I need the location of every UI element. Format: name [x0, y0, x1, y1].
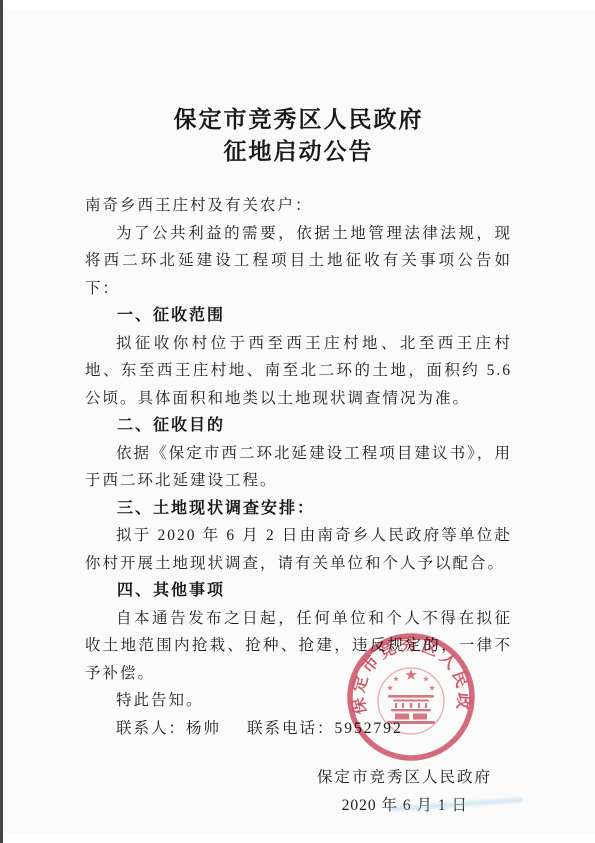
- section-heading-4: 四、其他事项: [85, 577, 512, 605]
- section-heading-2: 二、征收目的: [85, 412, 512, 440]
- contact-person-label: 联系人：: [116, 720, 186, 737]
- scan-edge-top: [3, 0, 595, 9]
- intro-paragraph: 为了公共利益的需要，依据土地管理法律法规，现将西二环北延建设工程项目土地征收有关…: [85, 220, 512, 303]
- document-title: 保定市竞秀区人民政府 征地启动公告: [85, 103, 512, 167]
- contact-phone: 5952792: [335, 720, 403, 737]
- document-body: 保定市竞秀区人民政府 征地启动公告 南奇乡西王庄村及有关农户： 为了公共利益的需…: [85, 103, 512, 819]
- section-body-4: 自本通告发布之日起，任何单位和个人不得在拟征收土地范围内抢栽、抢种、抢建，违反规…: [85, 605, 512, 688]
- scan-edge-shadow: [0, 0, 3, 843]
- contact-person: 杨帅: [186, 720, 221, 737]
- contact-phone-label: 联系电话：: [247, 720, 335, 737]
- signature-issuer: 保定市竞秀区人民政府: [85, 764, 492, 792]
- section-heading-3: 三、土地现状调查安排：: [85, 495, 512, 523]
- title-line-2: 征地启动公告: [85, 135, 512, 167]
- scanned-document-page: 保定市竞秀区人民政府 征地启动公告 南奇乡西王庄村及有关农户： 为了公共利益的需…: [0, 0, 595, 843]
- section-body-3: 拟于 2020 年 6 月 2 日由南奇乡人民政府等单位赴你村开展土地现状调查，…: [85, 522, 512, 577]
- section-body-2: 依据《保定市西二环北延建设工程项目建议书》，用于西二环北延建设工程。: [85, 440, 512, 495]
- salutation: 南奇乡西王庄村及有关农户：: [85, 192, 512, 220]
- closing-note: 特此告知。: [85, 687, 512, 715]
- scan-edge-bottom: [3, 833, 595, 843]
- contact-line: 联系人：杨帅联系电话：5952792: [85, 715, 512, 743]
- section-body-1: 拟征收你村位于西至西王庄村地、北至西王庄村地、东至西王庄村地、南至北二环的土地，…: [85, 330, 512, 413]
- signature-block: 保定市竞秀区人民政府 2020 年 6 月 1 日: [85, 764, 492, 819]
- section-heading-1: 一、征收范围: [85, 302, 512, 330]
- title-line-1: 保定市竞秀区人民政府: [85, 103, 512, 135]
